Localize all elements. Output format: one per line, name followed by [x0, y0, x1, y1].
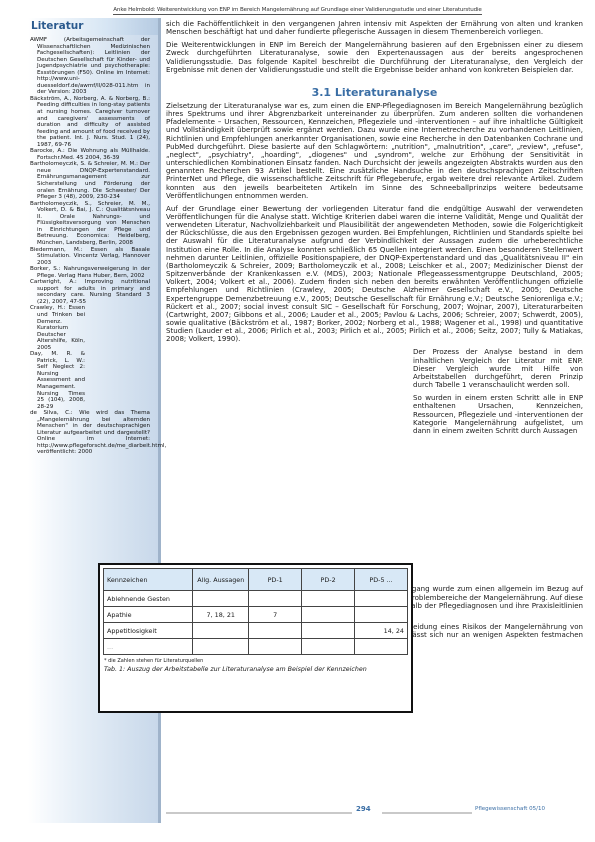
- table-cell: [302, 639, 355, 655]
- column-header: Kennzeichen: [104, 569, 193, 591]
- body-paragraph: Zielsetzung der Literaturanalyse war es,…: [166, 102, 583, 200]
- table-cell: [249, 639, 302, 655]
- table-float-area: Der Prozess der Analyse bestand in dem i…: [166, 348, 583, 585]
- table-cell: [249, 591, 302, 607]
- table-cell: 14, 24: [355, 623, 408, 639]
- table-row: ...: [104, 639, 408, 655]
- column-header: PD-2: [302, 569, 355, 591]
- body-paragraph: Auf der Grundlage einer Bewertung der vo…: [166, 205, 583, 344]
- table-cell: [355, 607, 408, 623]
- reference-list: AWMF (Arbeitsgemeinschaft der Wissenscha…: [28, 35, 158, 456]
- reference-item: Borker, S.: Nahrungsverweigerung in der …: [30, 266, 150, 279]
- body-paragraph: So wurden in einem ersten Schritt alle i…: [413, 394, 583, 435]
- reference-item: Biedermann, M.: Essen als Basale Stimula…: [30, 247, 150, 267]
- reference-item: Bartholomeyczik, S. & Schreier, M. M.: D…: [30, 161, 150, 200]
- body-paragraph: sich die Fachöffentlichkeit in den verga…: [166, 20, 583, 36]
- table-cell: Apathie: [104, 607, 193, 623]
- reference-item: Bäckström, A., Norberg, A. & Norberg, B.…: [30, 96, 150, 148]
- table-cell: 7, 18, 21: [193, 607, 249, 623]
- table-cell: [302, 607, 355, 623]
- table-cell: [355, 639, 408, 655]
- table-cell: 7: [249, 607, 302, 623]
- main-column: sich die Fachöffentlichkeit in den verga…: [166, 20, 583, 653]
- running-head: Anke Helmbold: Weiterentwicklung von ENP…: [0, 7, 595, 13]
- table-cell: [193, 639, 249, 655]
- column-header: PD-1: [249, 569, 302, 591]
- reference-item: Cartwright, A.: Improving nutritional su…: [30, 279, 150, 305]
- table-cell: [302, 591, 355, 607]
- table-1-box: Kennzeichen Allg. Aussagen PD-1 PD-2 PD-…: [98, 563, 413, 713]
- footer-rule-left: [166, 812, 352, 814]
- table-row: Appetitlosigkeit 14, 24: [104, 623, 408, 639]
- table-cell: [302, 623, 355, 639]
- kennzeichen-table: Kennzeichen Allg. Aussagen PD-1 PD-2 PD-…: [103, 568, 408, 655]
- reference-item: Bartholomeyczik, S., Schreier, M. M., Vo…: [30, 201, 150, 247]
- footer-rule-right: [382, 812, 472, 814]
- table-cell: Appetitlosigkeit: [104, 623, 193, 639]
- column-header: Allg. Aussagen: [193, 569, 249, 591]
- body-paragraph: Der Prozess der Analyse bestand in dem i…: [413, 348, 583, 389]
- table-side-text: Der Prozess der Analyse bestand in dem i…: [413, 348, 583, 440]
- table-cell: ...: [104, 639, 193, 655]
- reference-item: Day, M. R. & Patrick, L. W.: Self Neglec…: [30, 351, 85, 410]
- body-paragraph: Die Weiterentwicklungen in ENP im Bereic…: [166, 41, 583, 74]
- section-heading: 3.1 Literaturanalyse: [166, 86, 583, 99]
- table-cell: Ablehnende Gesten: [104, 591, 193, 607]
- reference-item: AWMF (Arbeitsgemeinschaft der Wissenscha…: [30, 37, 150, 96]
- sidebar-title: Literatur: [28, 18, 158, 35]
- reference-item: Barocke, A.: Die Wohnung als Müllhalde. …: [30, 148, 150, 161]
- table-row: Ablehnende Gesten: [104, 591, 408, 607]
- reference-item: de Silva, C.: Wie wird das Thema „Mangel…: [30, 410, 150, 456]
- table-cell: [249, 623, 302, 639]
- reference-item: Crawley, H.: Essen und Trinken bei Demen…: [30, 305, 85, 351]
- table-row: Apathie 7, 18, 21 7: [104, 607, 408, 623]
- journal-name: Pflegewissenschaft 05/10: [475, 806, 545, 812]
- table-footnote: * die Zahlen stehen für Literaturquellen: [104, 658, 407, 664]
- running-head-text: Anke Helmbold: Weiterentwicklung von ENP…: [113, 7, 481, 15]
- table-cell: [355, 591, 408, 607]
- table-cell: [193, 591, 249, 607]
- table-cell: [193, 623, 249, 639]
- table-caption: Tab. 1: Auszug der Arbeitstabelle zur Li…: [104, 666, 407, 673]
- table-header-row: Kennzeichen Allg. Aussagen PD-1 PD-2 PD-…: [104, 569, 408, 591]
- column-header: PD-5 ...: [355, 569, 408, 591]
- page-number: 294: [356, 805, 371, 813]
